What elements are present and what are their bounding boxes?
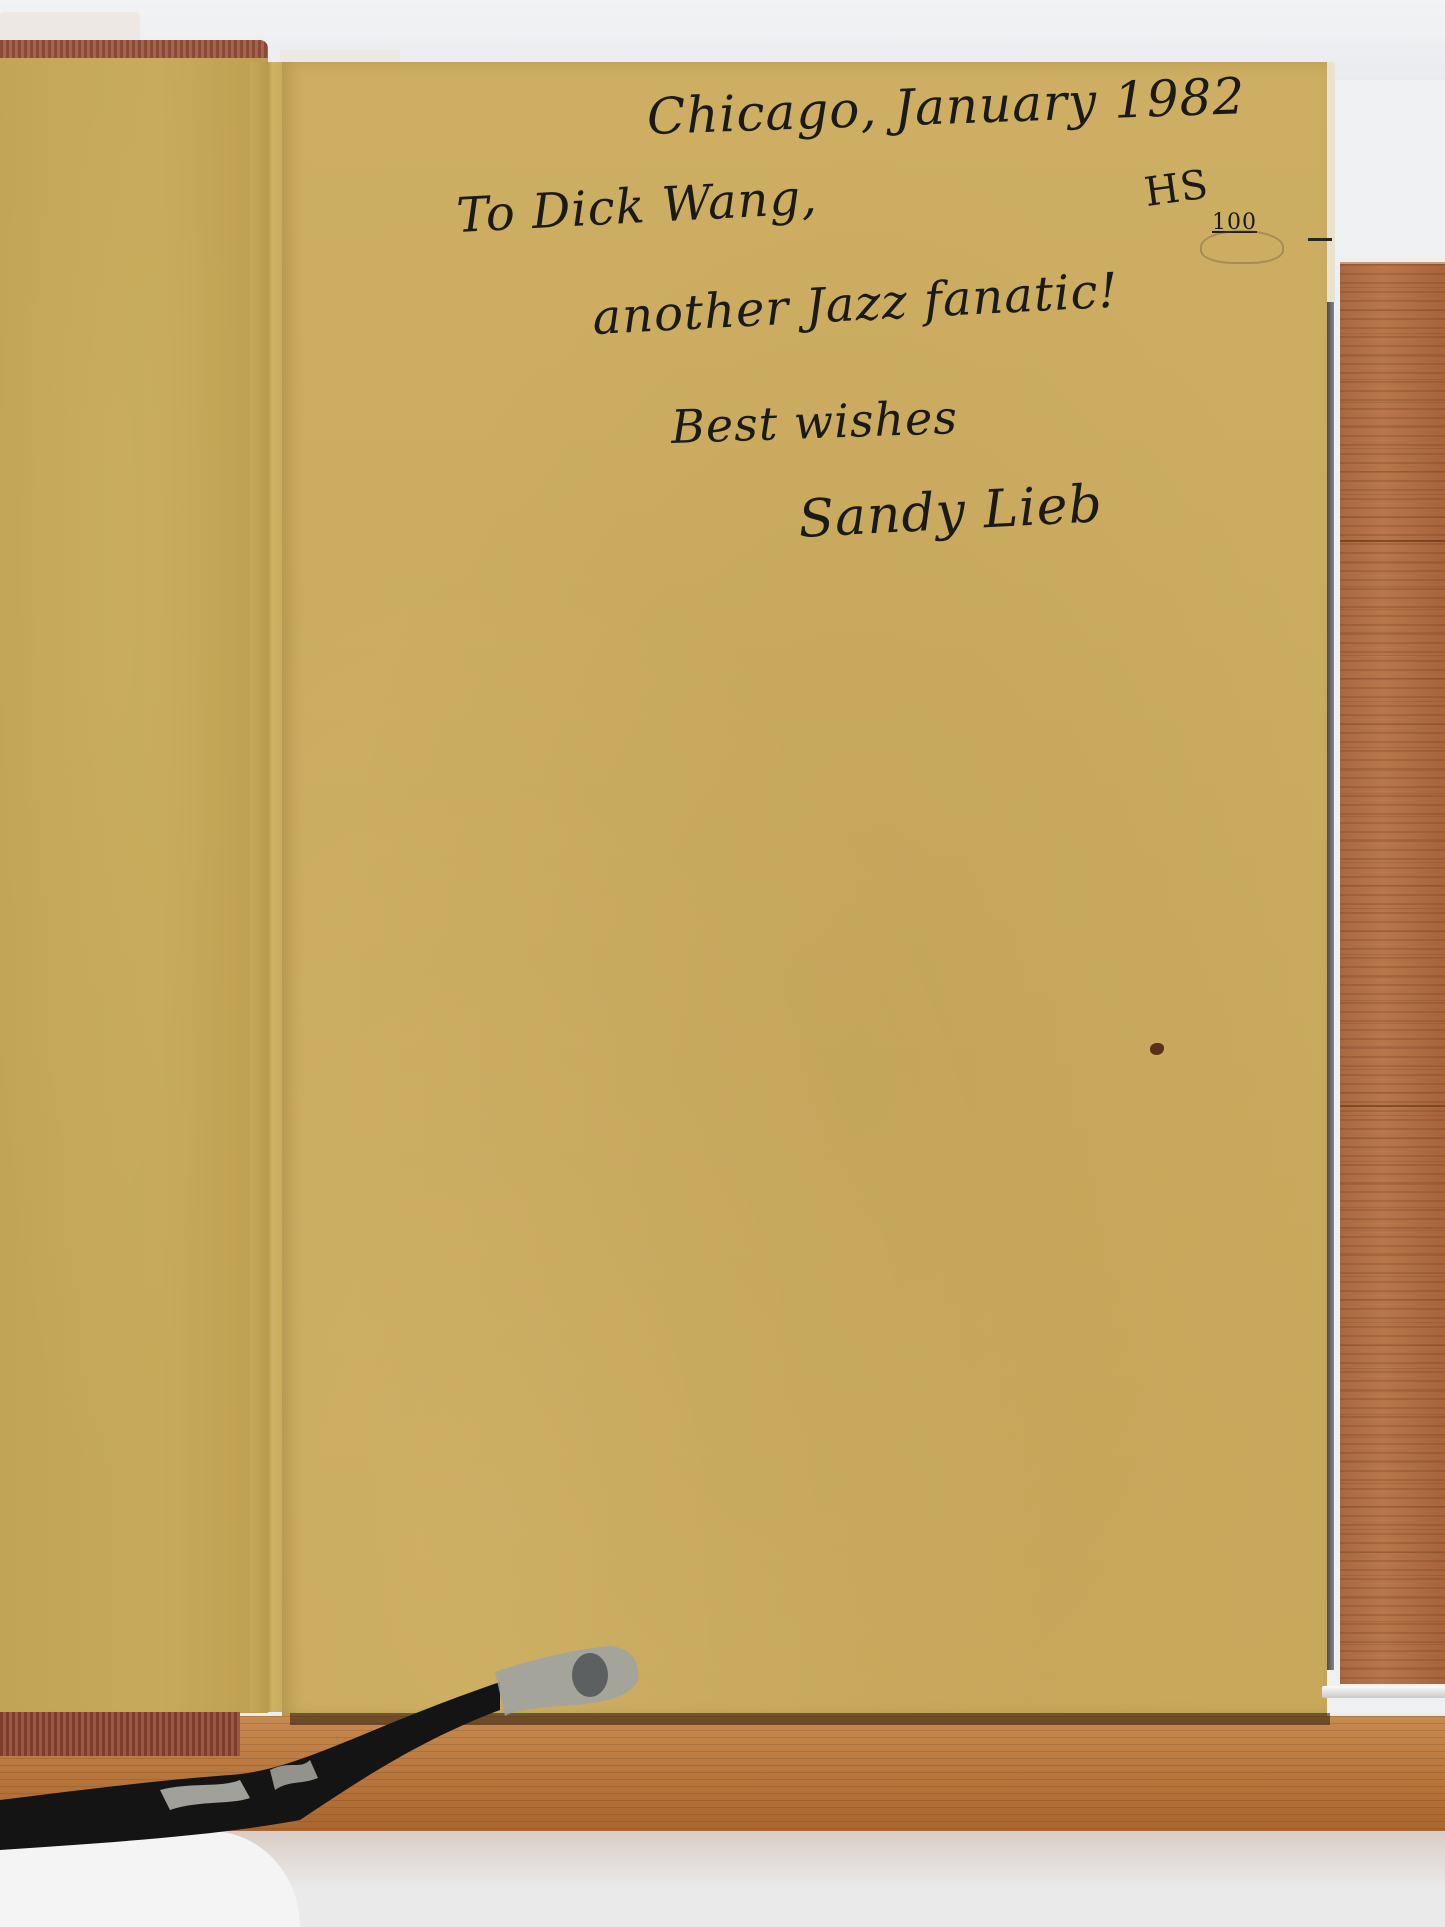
inscription-closing: Best wishes (670, 390, 959, 454)
left-pastedown-page (0, 58, 268, 1713)
cloth-binding-top (0, 40, 268, 60)
dealer-code: HS (1142, 161, 1212, 216)
stand-clips (1322, 1686, 1445, 1698)
erased-pencil-mark (1200, 230, 1284, 264)
stand-seam (1340, 540, 1445, 542)
stand-seam (1340, 1105, 1445, 1107)
page-edge (1327, 62, 1335, 302)
dealer-dash-mark (1308, 238, 1332, 241)
bookmark-strap[interactable] (0, 1620, 700, 1860)
wooden-book-stand (1340, 262, 1445, 1684)
